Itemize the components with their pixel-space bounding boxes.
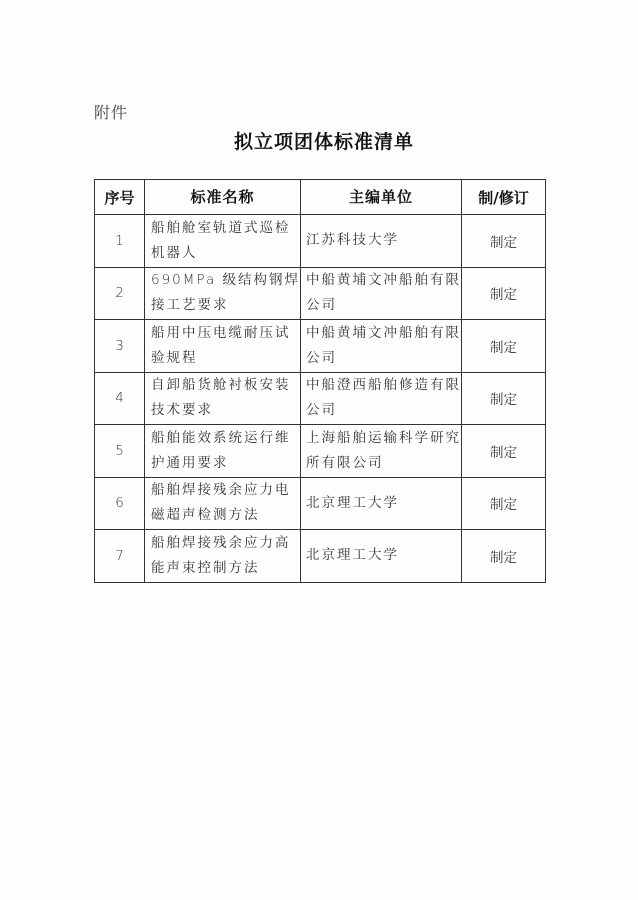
table-row: 4 自卸船货舱衬板安装技术要求 中船澄西船舶修造有限公司 制定 <box>95 372 546 425</box>
cell-no: 7 <box>95 530 145 583</box>
table-row: 7 船舶焊接残余应力高能声束控制方法 北京理工大学 制定 <box>95 530 546 583</box>
cell-no: 4 <box>95 372 145 425</box>
header-no: 序号 <box>95 180 145 215</box>
cell-name: 船舶舱室轨道式巡检机器人 <box>145 215 301 268</box>
cell-org: 中船黄埔文冲船舶有限公司 <box>301 320 462 373</box>
cell-org: 北京理工大学 <box>301 530 462 583</box>
cell-type: 制定 <box>462 320 546 373</box>
cell-org: 上海船舶运输科学研究所有限公司 <box>301 425 462 478</box>
header-type: 制/修订 <box>462 180 546 215</box>
cell-name: 船用中压电缆耐压试验规程 <box>145 320 301 373</box>
attachment-label: 附件 <box>94 100 128 123</box>
document-title: 拟立项团体标准清单 <box>0 127 638 154</box>
cell-org: 中船澄西船舶修造有限公司 <box>301 372 462 425</box>
header-org: 主编单位 <box>301 180 462 215</box>
cell-name: 船舶焊接残余应力高能声束控制方法 <box>145 530 301 583</box>
cell-org: 江苏科技大学 <box>301 215 462 268</box>
cell-org: 中船黄埔文冲船舶有限公司 <box>301 267 462 320</box>
cell-no: 5 <box>95 425 145 478</box>
cell-type: 制定 <box>462 215 546 268</box>
cell-org: 北京理工大学 <box>301 477 462 530</box>
cell-type: 制定 <box>462 425 546 478</box>
cell-no: 3 <box>95 320 145 373</box>
table-row: 5 船舶能效系统运行维护通用要求 上海船舶运输科学研究所有限公司 制定 <box>95 425 546 478</box>
cell-name: 690MPa 级结构钢焊接工艺要求 <box>145 267 301 320</box>
cell-no: 1 <box>95 215 145 268</box>
standards-table: 序号 标准名称 主编单位 制/修订 1 船舶舱室轨道式巡检机器人 江苏科技大学 … <box>94 179 546 583</box>
table-row: 3 船用中压电缆耐压试验规程 中船黄埔文冲船舶有限公司 制定 <box>95 320 546 373</box>
header-name: 标准名称 <box>145 180 301 215</box>
table-header-row: 序号 标准名称 主编单位 制/修订 <box>95 180 546 215</box>
table-row: 1 船舶舱室轨道式巡检机器人 江苏科技大学 制定 <box>95 215 546 268</box>
cell-no: 2 <box>95 267 145 320</box>
cell-name: 船舶能效系统运行维护通用要求 <box>145 425 301 478</box>
cell-type: 制定 <box>462 267 546 320</box>
cell-name: 船舶焊接残余应力电磁超声检测方法 <box>145 477 301 530</box>
cell-type: 制定 <box>462 530 546 583</box>
cell-no: 6 <box>95 477 145 530</box>
cell-type: 制定 <box>462 477 546 530</box>
table-row: 6 船舶焊接残余应力电磁超声检测方法 北京理工大学 制定 <box>95 477 546 530</box>
cell-type: 制定 <box>462 372 546 425</box>
cell-name: 自卸船货舱衬板安装技术要求 <box>145 372 301 425</box>
table-row: 2 690MPa 级结构钢焊接工艺要求 中船黄埔文冲船舶有限公司 制定 <box>95 267 546 320</box>
